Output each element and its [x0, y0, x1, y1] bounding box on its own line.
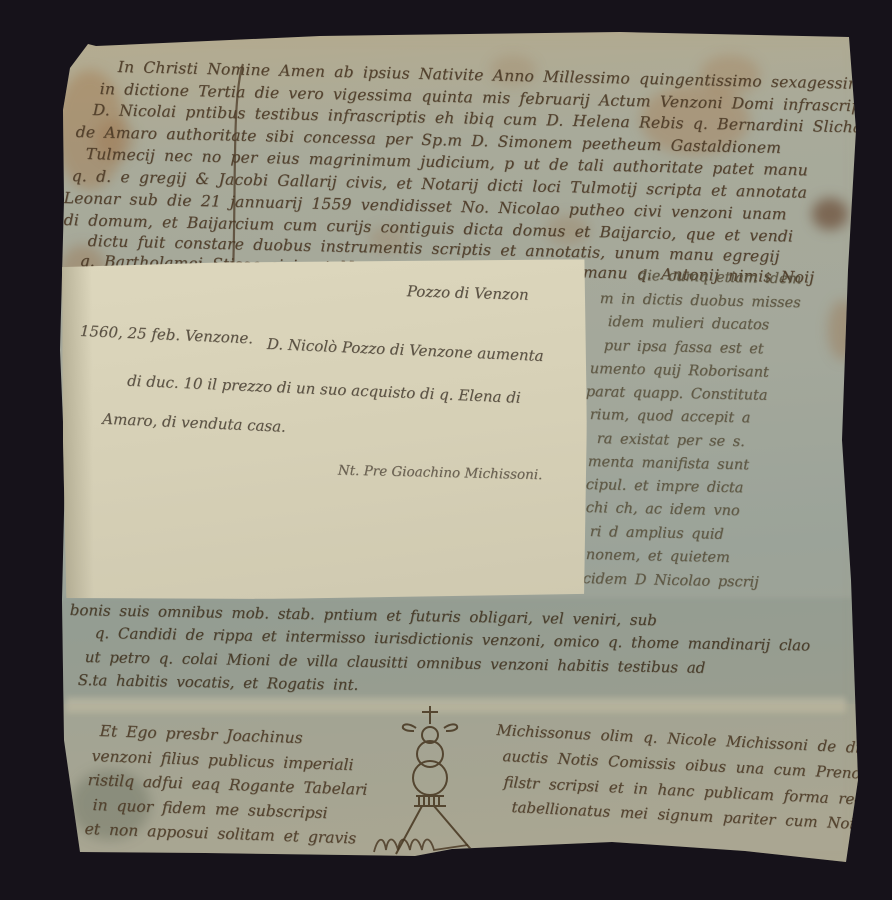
note-line: di duc. 10 il prezzo di un suo acquisto … — [127, 372, 521, 407]
marginal-fragment: nonem, et quietem — [586, 547, 730, 566]
note-signature: Nt. Pre Gioachino Michissoni. — [338, 463, 543, 484]
marginal-fragment: chi ch, ac idem vno — [586, 500, 740, 519]
note-date: 1560, 25 feb. Venzone. — [80, 322, 254, 348]
manuscript-photo: In Christi Nomine Amen ab ipsius Nativit… — [0, 0, 892, 900]
marginal-fragment: idem mulieri ducatos — [608, 314, 770, 333]
note-heading: Pozzo di Venzon — [407, 282, 529, 304]
marginal-fragment: rium, quod accepit a — [590, 407, 751, 426]
archival-note: Pozzo di Venzon 1560, 25 feb. Venzone. D… — [62, 259, 588, 600]
marginal-fragment: cipul. et impre dicta — [586, 477, 744, 496]
stain — [828, 300, 858, 360]
marginal-fragment: pur ipsa fassa est et — [604, 338, 764, 357]
marginal-fragment: ra existat per se s. — [597, 431, 745, 450]
marginal-fragment: menta manifista sunt — [588, 454, 750, 473]
signature-flourish — [372, 832, 482, 858]
note-line: Amaro, di venduta casa. — [102, 410, 286, 436]
marginal-fragment: ri d amplius quid — [590, 524, 724, 543]
marginal-fragment: parat quapp. Constituta — [586, 384, 768, 404]
marginal-fragment: m in dictis duobus misses — [600, 291, 801, 311]
marginal-fragment: umento quij Roborisant — [590, 361, 769, 381]
marginal-fragment: die cumq etiam idem — [638, 268, 802, 287]
marginal-fragment: cidem D Nicolao pscrij — [583, 571, 759, 591]
stain — [812, 198, 848, 230]
note-line: D. Nicolò Pozzo di Venzone aumenta — [267, 335, 544, 365]
